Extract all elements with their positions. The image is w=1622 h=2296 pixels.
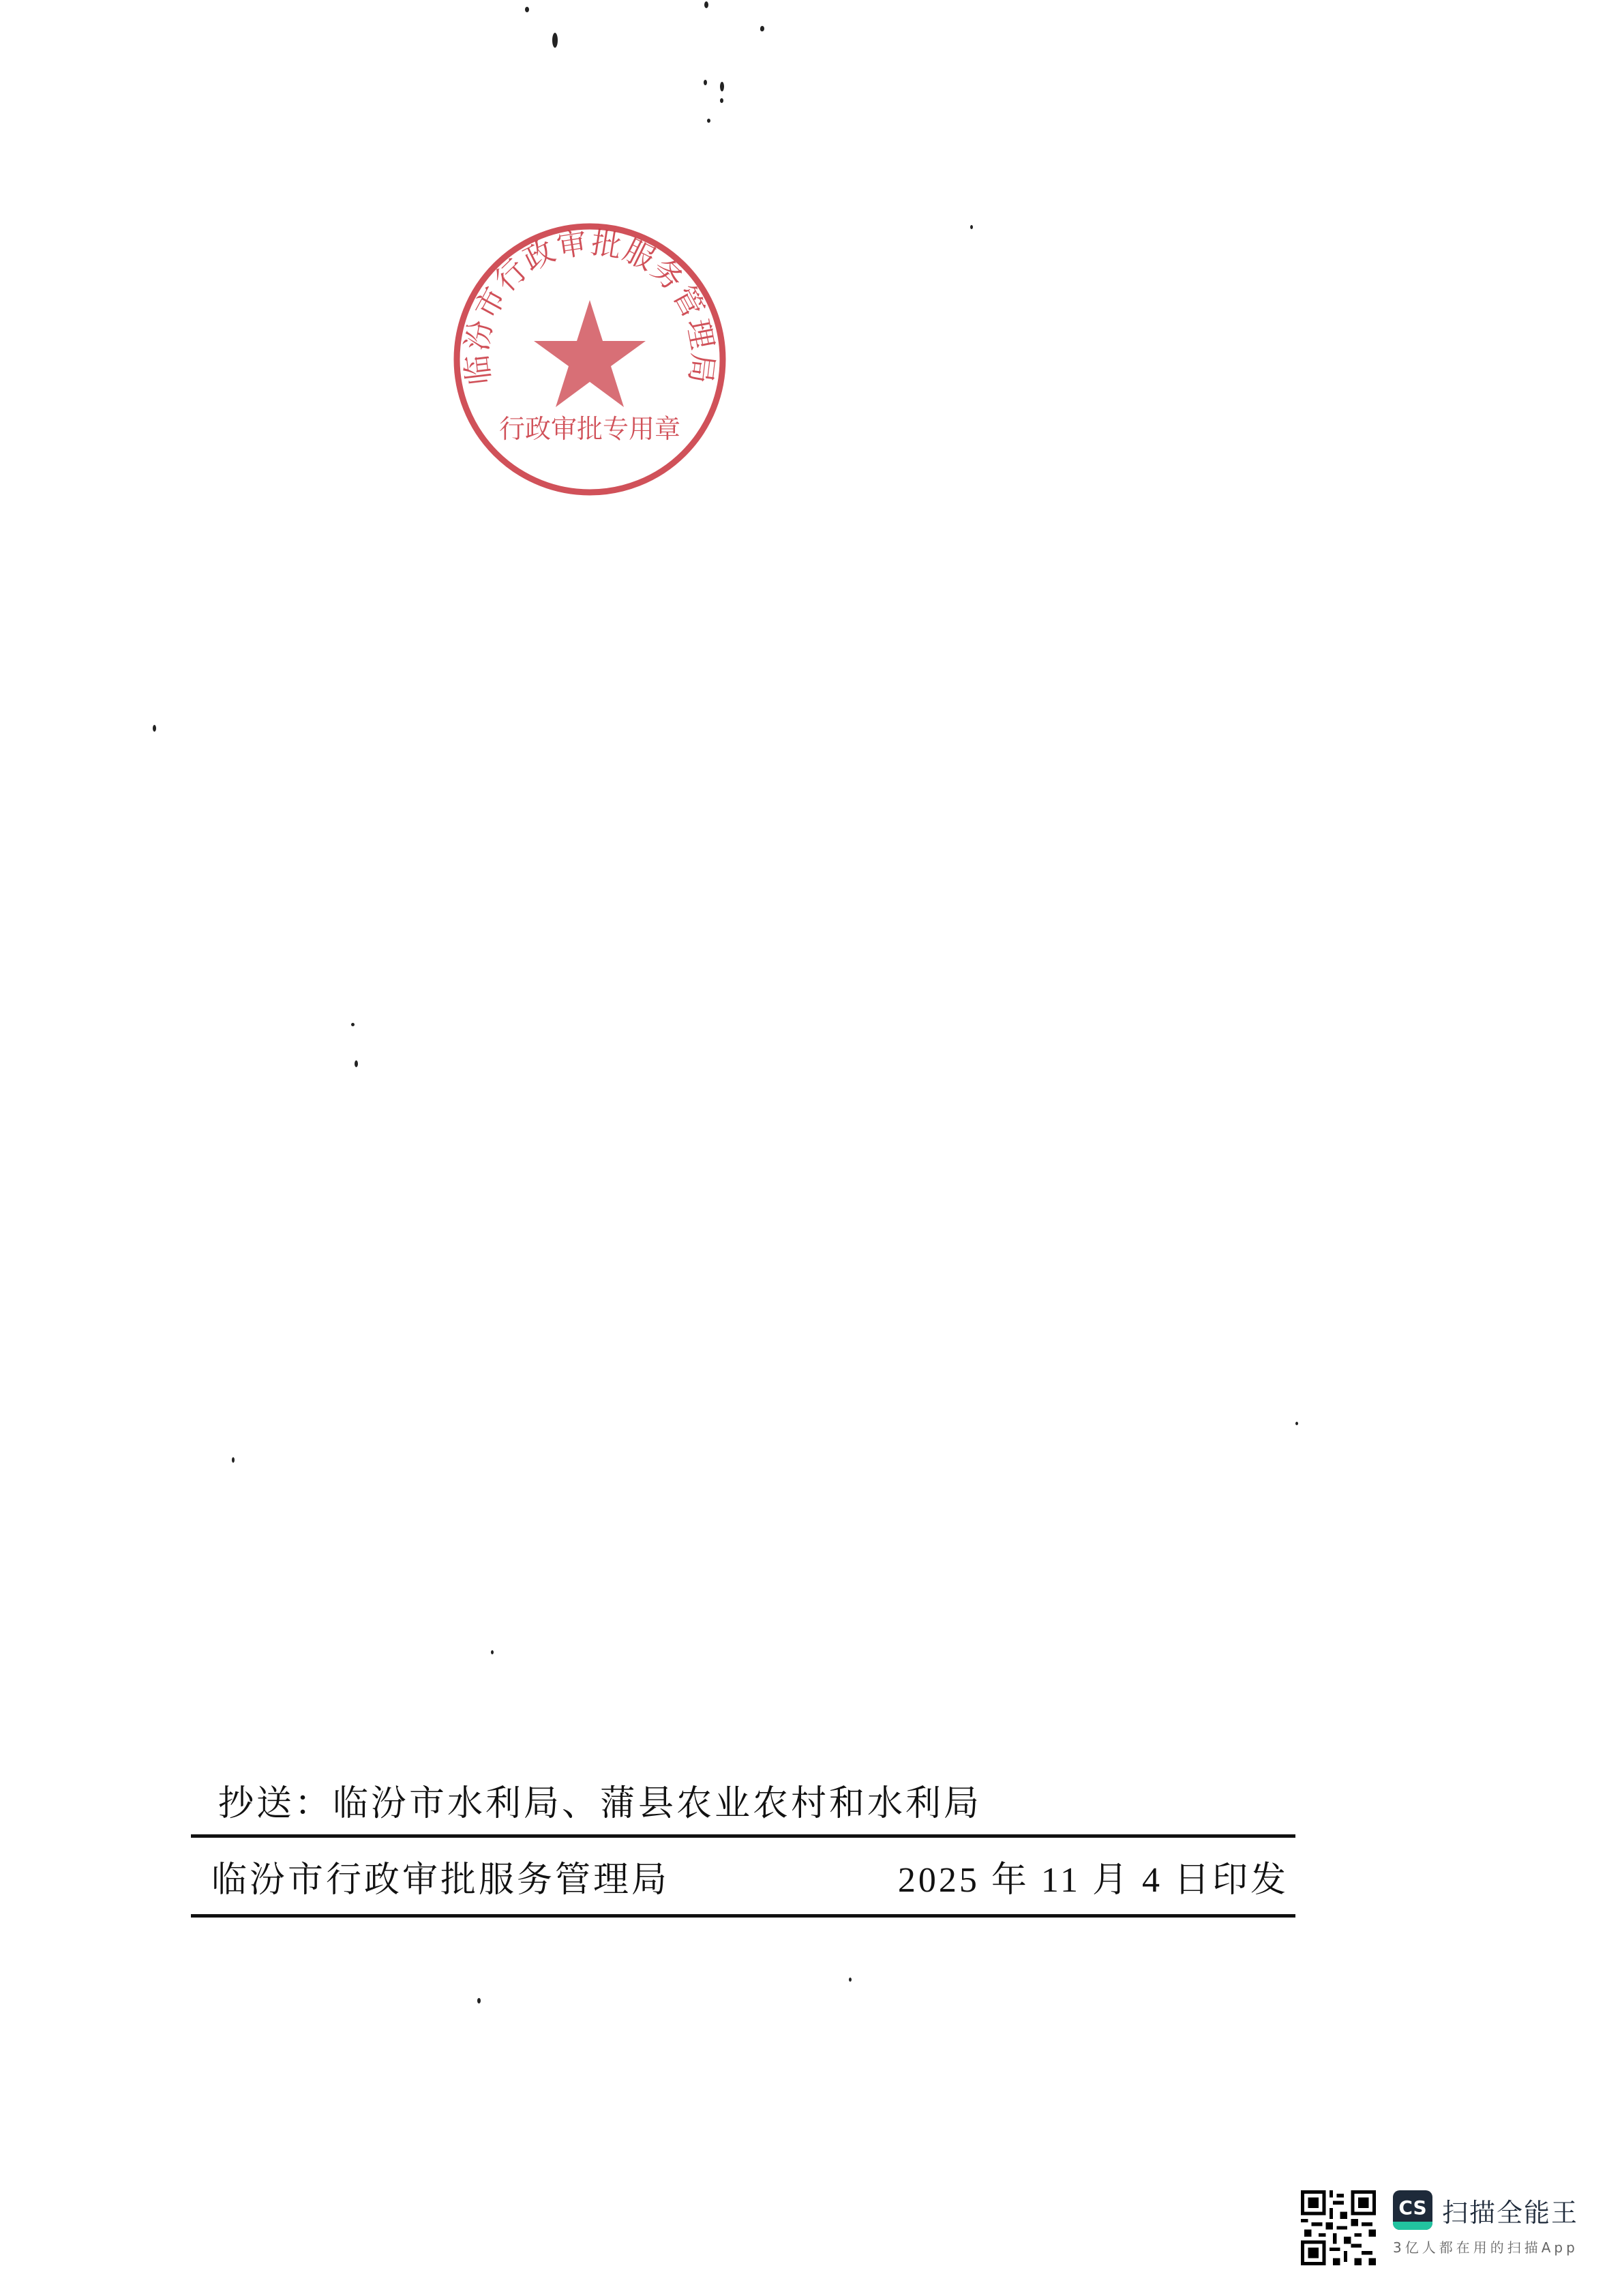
issue-date: 2025 年 11 月 4 日印发 xyxy=(898,1851,1289,1902)
document-footer: 抄送：临汾市水利局、蒲县农业农村和水利局 临汾市行政审批服务管理局 2025 年… xyxy=(191,1773,1295,1918)
scanner-watermark: CS 扫描全能王 3亿人都在用的扫描App xyxy=(1301,2190,1578,2265)
scan-speck xyxy=(1295,1422,1298,1425)
official-seal: 临汾市行政审批服务管理局 行政审批专用章 xyxy=(450,220,730,499)
issuer-row: 临汾市行政审批服务管理局 2025 年 11 月 4 日印发 xyxy=(191,1838,1295,1914)
cc-label: 抄送： xyxy=(218,1783,333,1824)
scan-speck xyxy=(707,119,710,123)
scan-speck xyxy=(355,1060,358,1067)
scan-speck xyxy=(704,80,707,85)
cc-line: 抄送：临汾市水利局、蒲县农业农村和水利局 xyxy=(191,1773,1295,1834)
scan-speck xyxy=(525,7,529,12)
scan-speck xyxy=(491,1650,494,1654)
scan-speck xyxy=(232,1457,235,1463)
scan-speck xyxy=(849,1978,852,1982)
issuer-name: 临汾市行政审批服务管理局 xyxy=(211,1851,670,1902)
watermark-slogan: 3亿人都在用的扫描App xyxy=(1393,2237,1578,2256)
scan-speck xyxy=(552,33,558,48)
scan-speck xyxy=(704,1,708,8)
scan-speck xyxy=(720,82,724,91)
scan-speck xyxy=(153,725,156,732)
watermark-brand: 扫描全能王 xyxy=(1442,2192,1578,2229)
watermark-text: CS 扫描全能王 3亿人都在用的扫描App xyxy=(1393,2190,1578,2256)
scan-speck xyxy=(970,225,973,229)
seal-graphic: 临汾市行政审批服务管理局 行政审批专用章 xyxy=(450,220,730,499)
scan-speck xyxy=(720,98,723,103)
divider xyxy=(191,1914,1295,1918)
qr-code-icon xyxy=(1301,2190,1376,2265)
scan-speck xyxy=(477,1998,481,2003)
scan-speck xyxy=(351,1023,355,1026)
star-icon xyxy=(534,300,646,407)
camscanner-logo-icon: CS xyxy=(1393,2190,1432,2230)
scan-speck xyxy=(760,27,764,31)
cc-recipients: 临汾市水利局、蒲县农业农村和水利局 xyxy=(333,1783,982,1824)
seal-inner-text: 行政审批专用章 xyxy=(499,414,680,444)
